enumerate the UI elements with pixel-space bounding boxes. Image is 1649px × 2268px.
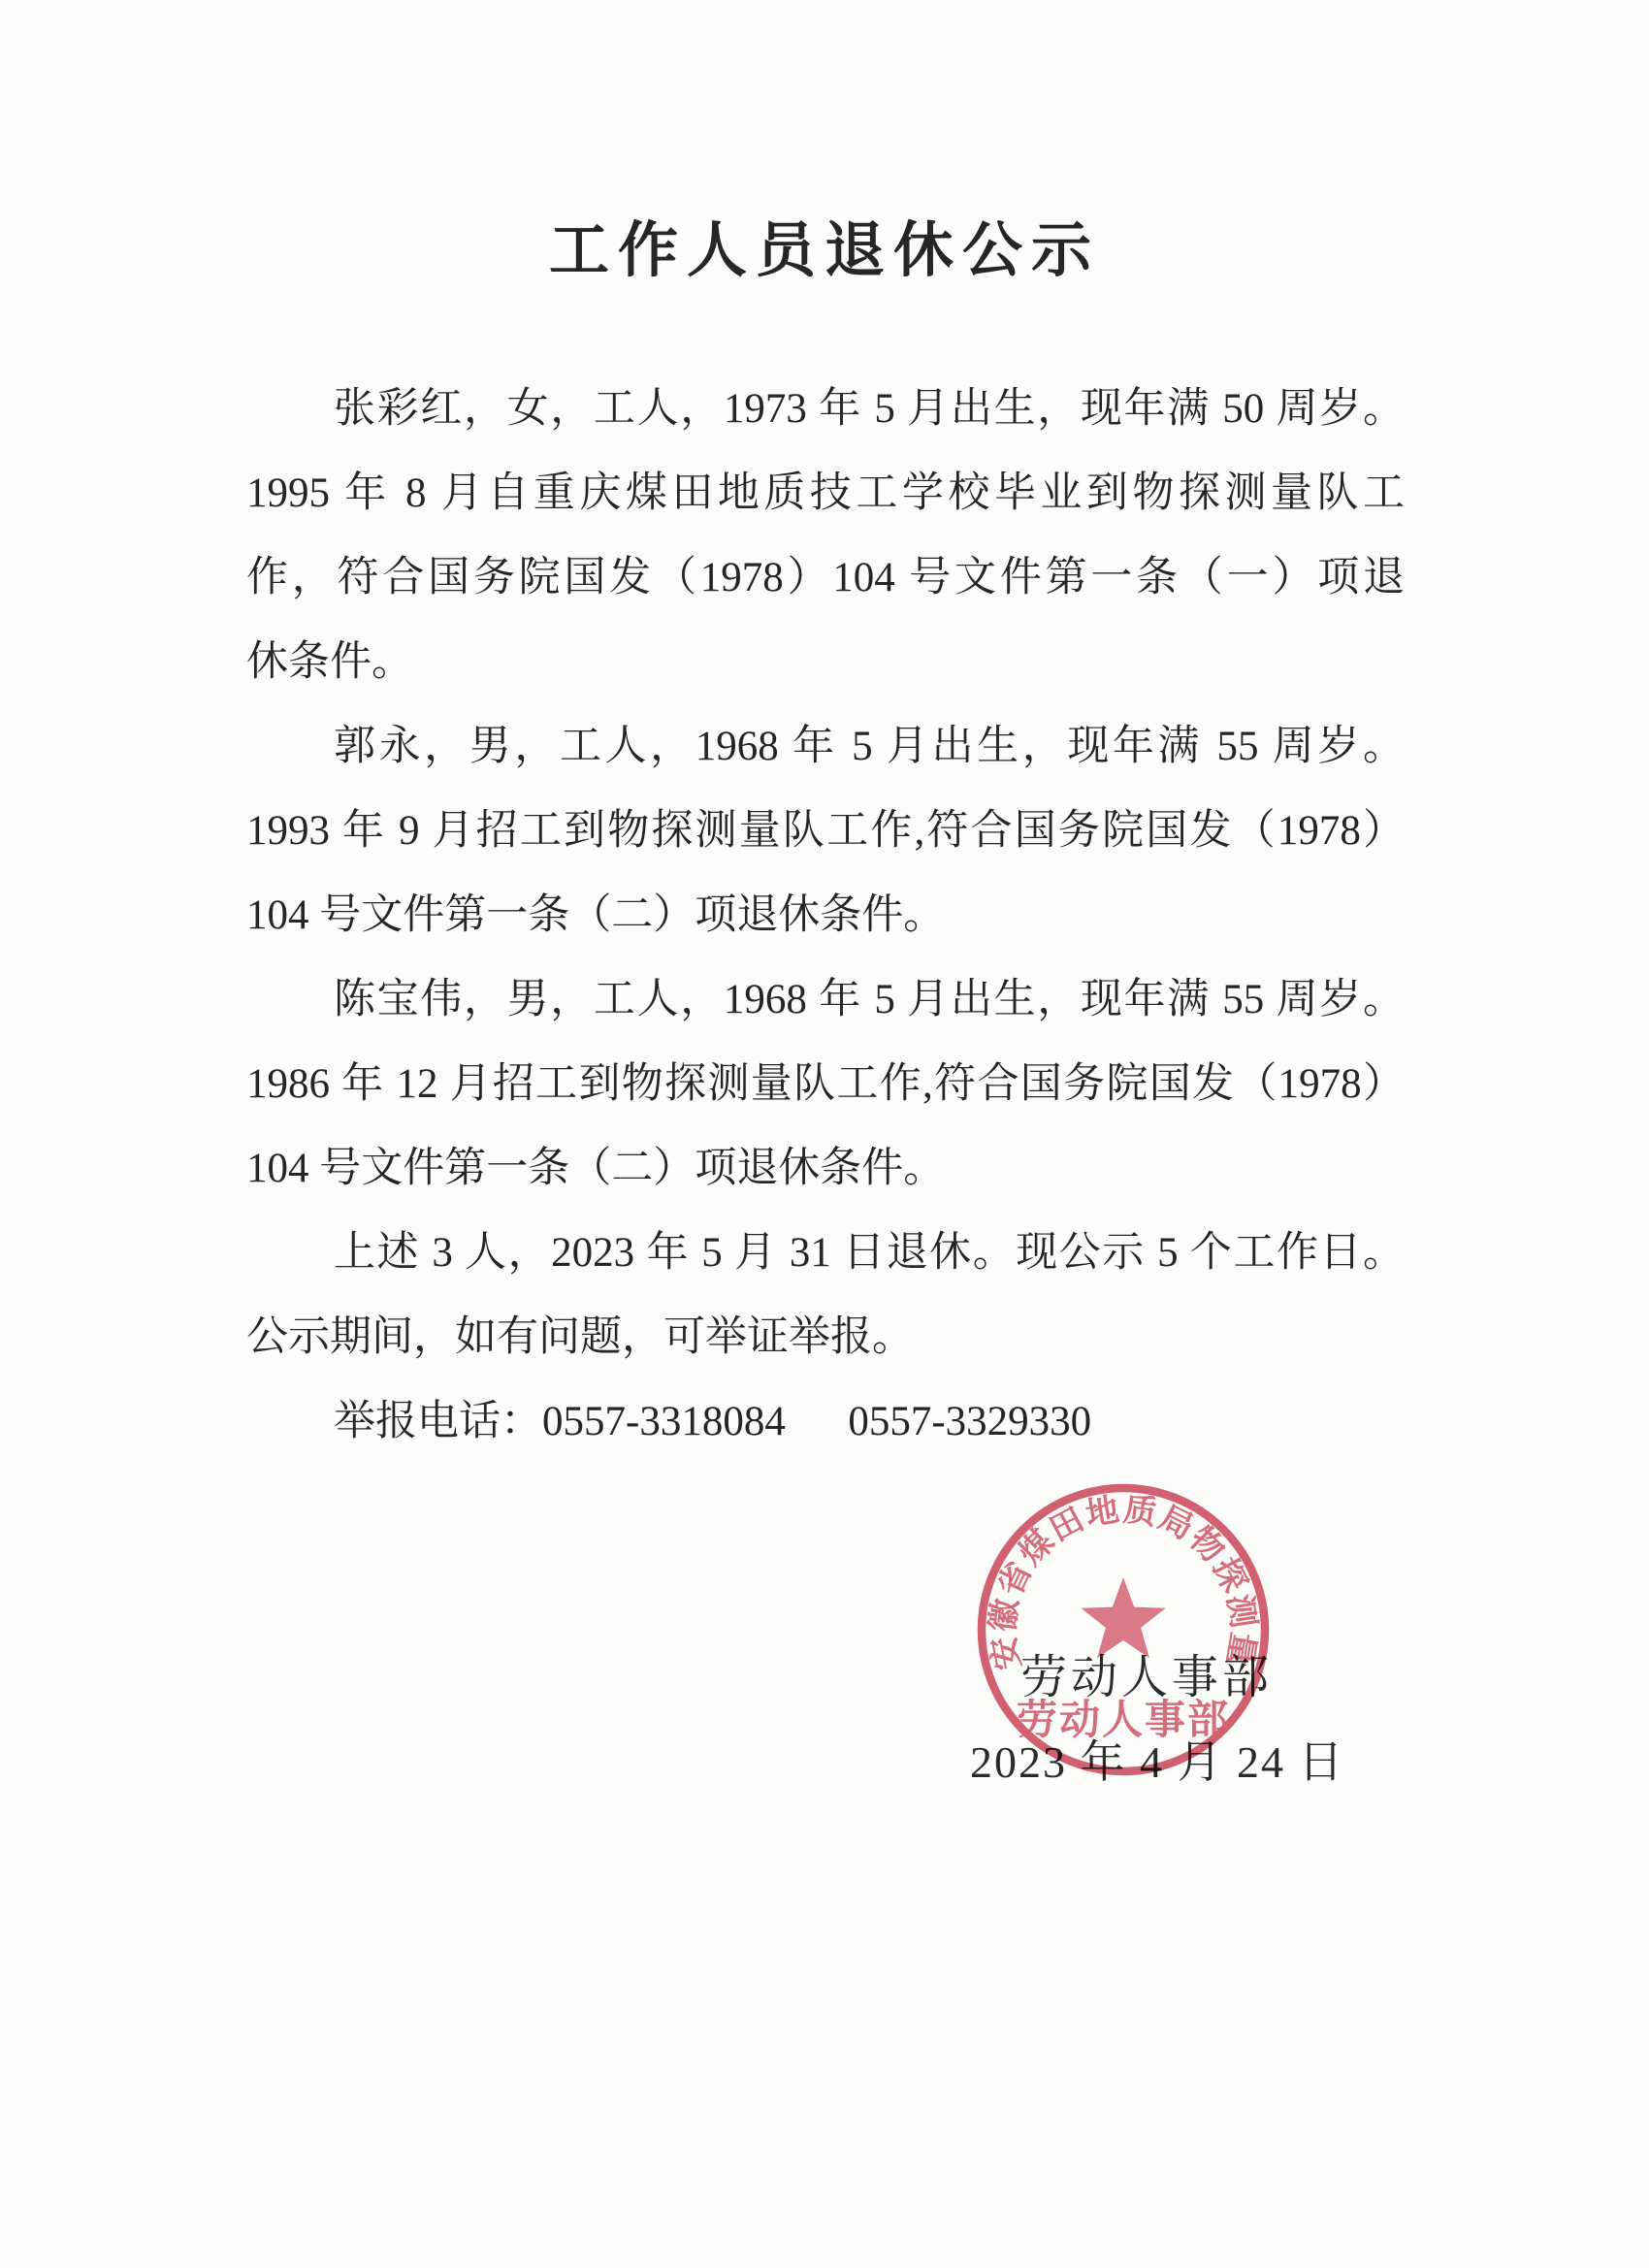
official-seal-stamp: 安徽省煤田地质局物探测量队 劳动人事部 [973, 1479, 1274, 1780]
body-line: 陈宝伟，男，工人，1968 年 5 月出生，现年满 55 周岁。 [246, 957, 1405, 1042]
document-page: 工作人员退休公示 张彩红，女，工人，1973 年 5 月出生，现年满 50 周岁… [0, 0, 1649, 2268]
body-line: 作，符合国务院国发（1978）104 号文件第一条（一）项退 [246, 535, 1405, 620]
body-line: 104 号文件第一条（二）项退休条件。 [246, 1126, 1405, 1211]
body-line: 郭永，男，工人，1968 年 5 月出生，现年满 55 周岁。 [246, 704, 1405, 789]
body-line: 1986 年 12 月招工到物探测量队工作,符合国务院国发（1978） [246, 1042, 1405, 1126]
seal-banner-text: 劳动人事部 [1017, 1698, 1230, 1743]
document-title: 工作人员退休公示 [0, 202, 1649, 288]
body-line: 104 号文件第一条（二）项退休条件。 [246, 873, 1405, 957]
star-icon [1081, 1577, 1165, 1658]
body-line: 1995 年 8 月自重庆煤田地质技工学校毕业到物探测量队工 [246, 451, 1405, 535]
body-line: 公示期间，如有问题，可举证举报。 [246, 1295, 1405, 1379]
body-line: 张彩红，女，工人，1973 年 5 月出生，现年满 50 周岁。 [246, 367, 1405, 451]
body-line: 1993 年 9 月招工到物探测量队工作,符合国务院国发（1978） [246, 789, 1405, 873]
document-body: 张彩红，女，工人，1973 年 5 月出生，现年满 50 周岁。 1995 年 … [246, 367, 1405, 1464]
body-line: 上述 3 人，2023 年 5 月 31 日退休。现公示 5 个工作日。 [246, 1211, 1405, 1295]
report-phone-line: 举报电话：0557-3318084 0557-3329330 [246, 1379, 1405, 1464]
body-line: 休条件。 [246, 620, 1405, 704]
